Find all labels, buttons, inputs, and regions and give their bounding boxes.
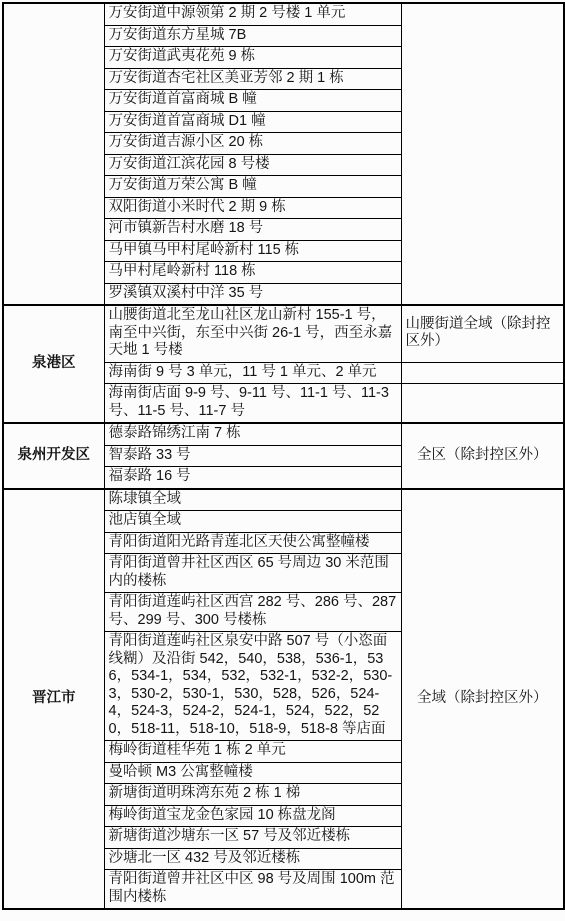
- district-cell: 泉港区: [3, 305, 104, 423]
- address-cell: 池店镇全域: [104, 511, 401, 533]
- table-row: 万安街道中源领第 2 期 2 号楼 1 单元: [3, 3, 564, 25]
- address-cell: 河市镇新告村水磨 18 号: [104, 219, 401, 241]
- address-cell: 青阳街道阳光路青莲北区天使公寓整幢楼: [104, 532, 401, 554]
- district-cell: 晋江市: [3, 489, 104, 910]
- section-top: 万安街道中源领第 2 期 2 号楼 1 单元 万安街道东方星城 7B 万安街道武…: [3, 3, 564, 305]
- document-page: 万安街道中源领第 2 期 2 号楼 1 单元 万安街道东方星城 7B 万安街道武…: [0, 0, 565, 921]
- district-cell: [3, 3, 104, 305]
- address-cell: 万安街道江滨花园 8 号楼: [104, 154, 401, 176]
- address-cell: 青阳街道莲屿社区泉安中路 507 号（小恣面线糊）及沿街 542，540，538…: [104, 632, 401, 741]
- address-cell: 万安街道武夷花苑 9 栋: [104, 47, 401, 69]
- section-quangang: 泉港区 山腰街道北至龙山社区龙山新村 155-1 号，南至中兴街，东至中兴街 2…: [3, 305, 564, 423]
- address-cell: 万安街道首富商城 B 幢: [104, 90, 401, 112]
- district-cell: 泉州开发区: [3, 423, 104, 489]
- note-cell-empty: [401, 384, 564, 424]
- address-cell: 梅岭街道宝龙金色家园 10 栋盘龙阁: [104, 805, 401, 827]
- address-cell: 万安街道万荣公寓 B 幢: [104, 176, 401, 198]
- note-cell: 全域（除封控区外）: [401, 489, 564, 910]
- address-cell: 青阳街道曾井社区中区 98 号及周围 100m 范围内楼栋: [104, 870, 401, 910]
- address-cell: 万安街道中源领第 2 期 2 号楼 1 单元: [104, 3, 401, 25]
- address-cell: 智泰路 33 号: [104, 445, 401, 467]
- address-cell: 福泰路 16 号: [104, 467, 401, 489]
- address-cell: 曼哈顿 M3 公寓整幢楼: [104, 762, 401, 784]
- address-cell: 万安街道吉源小区 20 栋: [104, 133, 401, 155]
- address-cell: 青阳街道曾井社区西区 65 号周边 30 米范围内的楼栋: [104, 554, 401, 593]
- address-cell: 罗溪镇双溪村中洋 35 号: [104, 283, 401, 305]
- note-cell: 山腰街道全域（除封控区外）: [401, 305, 564, 362]
- control-area-table: 万安街道中源领第 2 期 2 号楼 1 单元 万安街道东方星城 7B 万安街道武…: [2, 2, 565, 910]
- address-cell: 沙塘北一区 432 号及邻近楼栋: [104, 848, 401, 870]
- address-cell: 新塘街道沙塘东一区 57 号及邻近楼栋: [104, 827, 401, 849]
- table-row: 晋江市 陈埭镇全域 全域（除封控区外）: [3, 489, 564, 511]
- table-row: 泉港区 山腰街道北至龙山社区龙山新村 155-1 号，南至中兴街，东至中兴街 2…: [3, 305, 564, 362]
- address-cell: 新塘街道明珠湾东苑 2 栋 1 梯: [104, 784, 401, 806]
- address-cell: 山腰街道北至龙山社区龙山新村 155-1 号，南至中兴街，东至中兴街 26-1 …: [104, 305, 401, 362]
- address-cell: 海南街店面 9-9 号、9-11 号、11-1 号、11-3 号、11-5 号、…: [104, 384, 401, 424]
- note-cell: [401, 3, 564, 305]
- section-kaifaqu: 泉州开发区 德泰路锦绣江南 7 栋 全区（除封控区外） 智泰路 33 号 福泰路…: [3, 423, 564, 489]
- section-jinjiang: 晋江市 陈埭镇全域 全域（除封控区外） 池店镇全域 青阳街道阳光路青莲北区天使公…: [3, 489, 564, 910]
- address-cell: 双阳街道小米时代 2 期 9 栋: [104, 197, 401, 219]
- address-cell: 青阳街道莲屿社区西宫 282 号、286 号、287 号、299 号、300 号…: [104, 593, 401, 632]
- address-cell: 陈埭镇全域: [104, 489, 401, 511]
- address-cell: 马甲镇马甲村尾岭新村 115 栋: [104, 240, 401, 262]
- address-cell: 马甲村尾岭新村 118 栋: [104, 262, 401, 284]
- address-cell: 万安街道首富商城 D1 幢: [104, 111, 401, 133]
- address-cell: 万安街道东方星城 7B: [104, 25, 401, 47]
- address-cell: 德泰路锦绣江南 7 栋: [104, 423, 401, 445]
- address-cell: 万安街道杏宅社区美亚芳邻 2 期 1 栋: [104, 68, 401, 90]
- address-cell: 海南街 9 号 3 单元，11 号 1 单元、2 单元: [104, 362, 401, 384]
- note-cell: 全区（除封控区外）: [401, 423, 564, 489]
- note-cell-empty: [401, 362, 564, 384]
- address-cell: 梅岭街道桂华苑 1 栋 2 单元: [104, 741, 401, 763]
- table-row: 泉州开发区 德泰路锦绣江南 7 栋 全区（除封控区外）: [3, 423, 564, 445]
